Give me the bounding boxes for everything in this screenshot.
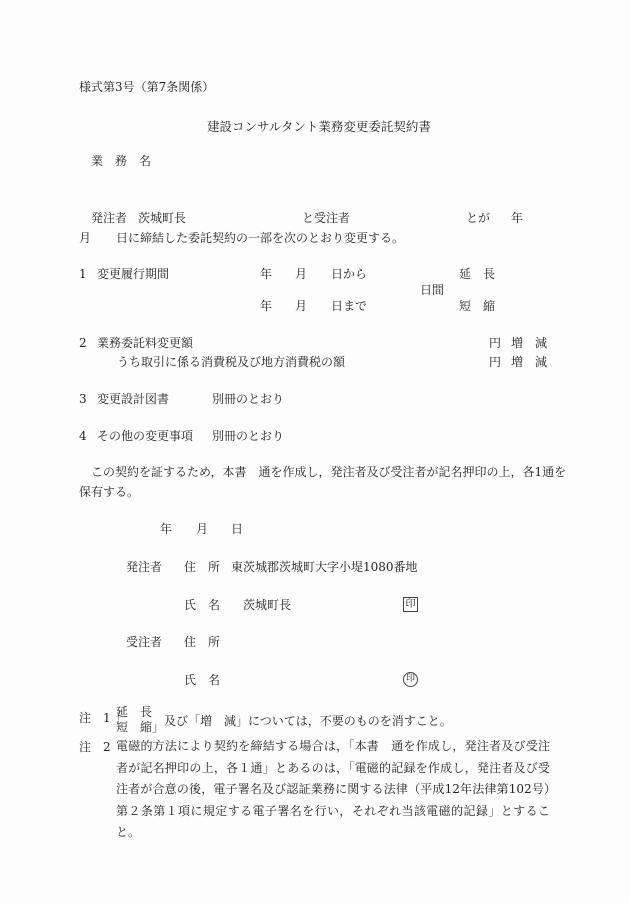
item-3-value: 別冊のとおり (212, 393, 284, 405)
contractor-name-label: 氏 名 (184, 674, 220, 686)
date-day: 日 (231, 523, 243, 535)
intro-month: 月 (79, 232, 91, 244)
intro-line2: 日に締結した委託契約の一部を次のとおり変更する。 (116, 232, 404, 244)
item-1-to-day: 日まで (331, 300, 367, 312)
certification-line-1: この契約を証するため，本書 通を作成し，発注者及び受注者が記名押印の上，各1通を (91, 466, 566, 478)
intro-orderer-label: 発注者 (91, 212, 127, 224)
intro-toga: とが (466, 212, 490, 224)
item-1-number: 1 (79, 268, 87, 280)
note-1-stack-top: 延 長 (116, 706, 164, 719)
contractor-role: 受注者 (126, 636, 162, 648)
contractor-address-label: 住 所 (184, 636, 220, 648)
note-1-stack-bottom: 短 縮」 (116, 721, 164, 734)
item-1-shorten: 短 縮 (459, 300, 495, 312)
item-1-days: 日間 (420, 284, 444, 296)
orderer-role: 発注者 (126, 561, 162, 573)
item-2-yen: 円 (489, 337, 501, 349)
note-1-text: 及び「増 減」については，不要のものを消すこと。 (164, 715, 452, 727)
item-3-label: 変更設計図書 (97, 393, 169, 405)
item-1-from-month: 月 (295, 268, 307, 280)
orderer-name: 茨城町長 (243, 599, 291, 611)
intro-contractor-label: と受注者 (302, 212, 350, 224)
item-2-sub-yen: 円 (489, 356, 501, 368)
note-1-stack: 延 長 短 縮」 (116, 706, 164, 734)
item-1-to-year: 年 (260, 300, 272, 312)
item-2-sub-incdec: 増 減 (511, 356, 547, 368)
orderer-address: 東茨城郡茨城町大字小堤1080番地 (231, 561, 418, 573)
note-2-prefix: 注 2 (79, 741, 111, 753)
certification-line-2: 保有する。 (79, 486, 139, 498)
date-month: 月 (196, 523, 208, 535)
item-1-label: 変更履行期間 (97, 268, 169, 280)
intro-year: 年 (511, 212, 523, 224)
item-4-value: 別冊のとおり (212, 430, 284, 442)
intro-orderer-name: 茨城町長 (138, 212, 186, 224)
item-4-label: その他の変更事項 (97, 430, 193, 442)
item-4-number: 4 (79, 430, 87, 442)
item-2-label: 業務委託料変更額 (97, 337, 193, 349)
note-2-text: 電磁的方法により契約を締結する場合は，「本書 通を作成し，発注者及び受注者が記名… (116, 736, 550, 844)
item-2-incdec: 増 減 (511, 337, 547, 349)
business-name-label: 業 務 名 (91, 155, 151, 167)
item-1-to-month: 月 (295, 300, 307, 312)
date-year: 年 (160, 523, 172, 535)
seal-circle-icon: 印 (403, 672, 418, 687)
orderer-name-label: 氏 名 (184, 599, 220, 611)
document-title: 建設コンサルタント業務変更委託契約書 (207, 121, 431, 134)
item-2-sub-label: うち取引に係る消費税及び地方消費税の額 (117, 356, 345, 368)
item-3-number: 3 (79, 393, 87, 405)
item-2-number: 2 (79, 337, 87, 349)
seal-square-icon: 印 (403, 597, 418, 612)
item-1-from-day: 日から (331, 268, 367, 280)
item-1-from-year: 年 (260, 268, 272, 280)
form-number-label: 様式第3号（第7条関係） (79, 81, 214, 93)
item-1-extend: 延 長 (459, 268, 495, 280)
orderer-address-label: 住 所 (184, 561, 220, 573)
